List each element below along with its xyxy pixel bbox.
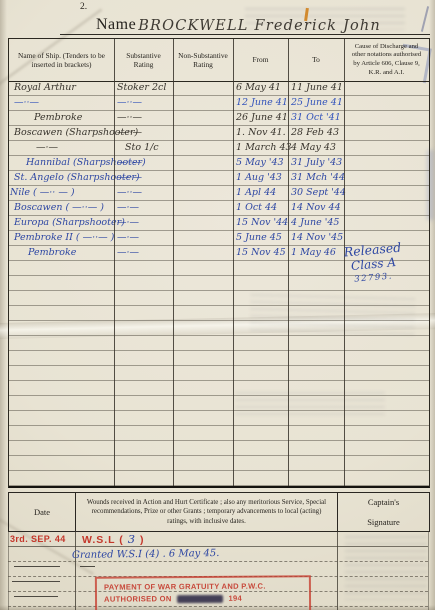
rating-cell: —··— — [117, 126, 172, 141]
from-cell: 1. Nov 41. — [236, 126, 288, 141]
signature-label: Signature — [367, 517, 400, 527]
ship-cell: Boscawen ( —··— ) — [14, 201, 114, 216]
rating-cell: —·— — [117, 216, 172, 231]
column-divider — [288, 39, 289, 486]
ship-cell: Boscawen (Sharpshooter) — [14, 126, 114, 141]
table-row: —·— Sto 1/c 1 March 43 4 May 43 — [9, 141, 429, 156]
wsl-stamp: W.S.L ( 3 ) — [82, 532, 144, 546]
ship-cell: —··— — [14, 96, 114, 111]
rating-cell: Sto 1/c — [117, 141, 180, 156]
ship-cell: Pembroke II ( —··— ) — [14, 231, 114, 246]
header-from: From — [233, 39, 288, 81]
ship-cell: Hannibal (Sharpshooter) — [14, 156, 126, 171]
column-divider — [337, 531, 338, 610]
from-cell: 1 Aug '43 — [236, 171, 288, 186]
header-captains-signature: Captain's Signature — [338, 493, 429, 531]
from-cell: 1 March 43 — [236, 141, 288, 156]
column-divider — [233, 39, 234, 486]
to-cell: 14 Nov 44 — [291, 201, 347, 216]
column-divider — [114, 39, 115, 486]
rating-cell: —·— — [117, 246, 172, 261]
column-divider — [75, 531, 76, 610]
name-label: Name — [96, 16, 136, 34]
column-divider — [428, 531, 429, 610]
name-value-handwritten: BROCKWELL Frederick John — [138, 18, 381, 34]
from-cell: 1 Apl 44 — [236, 186, 288, 201]
captains-label: Captain's — [368, 497, 399, 507]
header-to: To — [288, 39, 344, 81]
date-stamp: 3rd. SEP. 44 — [10, 534, 66, 544]
header-non-substantive-rating: Non-Substantive Rating — [173, 39, 233, 81]
table-row: Europa (Sharpshooter) —·— 15 Nov '44 4 J… — [9, 216, 429, 231]
service-record-page: 2. Name BROCKWELL Frederick John Name of… — [0, 0, 435, 610]
column-divider — [173, 39, 174, 486]
to-cell: 11 June 41 — [291, 81, 347, 96]
table-row: —··— —··— 12 June 41 25 June 41 — [9, 96, 429, 111]
wsl-prefix: W.S.L ( — [82, 534, 124, 546]
rating-cell: —··— — [117, 111, 172, 126]
table-row: Pembroke —··— 26 June 41 31 Oct '41 — [9, 111, 429, 126]
table-row: Boscawen ( —··— ) —·— 1 Oct 44 14 Nov 44 — [9, 201, 429, 216]
ship-cell: Pembroke — [14, 111, 134, 126]
ruled-line — [8, 546, 428, 547]
from-cell: 26 June 41 — [236, 111, 288, 126]
header-notes-text: Wounds received in Action and Hurt Certi… — [76, 493, 338, 531]
rating-cell: —··— — [117, 171, 172, 186]
table-header-row: Name of Ship. (Tenders to be inserted in… — [9, 39, 429, 82]
ship-cell: Nile ( —·· — ) — [10, 186, 110, 201]
payment-gratuity-stamp: PAYMENT OF WAR GRATUITY AND P.W.C. AUTHO… — [95, 575, 311, 610]
to-cell: 31 Mch '44 — [291, 171, 347, 186]
rating-cell: —··— — [117, 156, 172, 171]
rating-cell: —·— — [117, 201, 172, 216]
table-row: Nile ( —·· — ) —··— 1 Apl 44 30 Sept '44 — [9, 186, 429, 201]
rating-cell: —·— — [117, 231, 172, 246]
from-cell: 1 Oct 44 — [236, 201, 288, 216]
ink-smudge — [177, 595, 223, 603]
header-substantive-rating: Substantive Rating — [114, 39, 173, 81]
ship-cell: St. Angelo (Sharpshooter) — [14, 171, 114, 186]
to-cell: 14 Nov '45 — [291, 231, 347, 246]
to-cell: 4 June '45 — [291, 216, 347, 231]
from-cell: 6 May 41 — [236, 81, 288, 96]
header-ship: Name of Ship. (Tenders to be inserted in… — [9, 39, 114, 81]
dash-mark — [14, 566, 60, 567]
ruled-line — [8, 561, 428, 562]
ship-cell: Pembroke — [14, 246, 128, 261]
ship-cell: Europa (Sharpshooter) — [14, 216, 114, 231]
ship-cell: Royal Arthur — [14, 81, 114, 96]
rating-cell: —··— — [117, 186, 172, 201]
dash-mark — [12, 581, 60, 582]
release-note-handwritten: Released Class A 32793. — [343, 241, 404, 288]
to-cell: 1 May 46 — [291, 246, 347, 261]
table-row: Royal Arthur Stoker 2cl 6 May 41 11 June… — [9, 81, 429, 96]
to-cell: 28 Feb 43 — [291, 126, 347, 141]
to-cell: 30 Sept '44 — [291, 186, 347, 201]
notes-header-box: Date Wounds received in Action and Hurt … — [8, 492, 430, 532]
to-cell: 31 Oct '41 — [291, 111, 347, 126]
header-date: Date — [9, 493, 76, 531]
name-line: Name BROCKWELL Frederick John — [60, 8, 430, 35]
header-cause-of-discharge: Cause of Discharge and other notations a… — [344, 39, 429, 81]
from-cell: 15 Nov '44 — [236, 216, 288, 231]
from-cell: 5 May '43 — [236, 156, 288, 171]
dash-mark — [80, 566, 95, 567]
from-cell: 5 June 45 — [236, 231, 288, 246]
from-cell: 15 Nov 45 — [236, 246, 288, 261]
dash-mark — [14, 596, 58, 597]
from-cell: 12 June 41 — [236, 96, 288, 111]
year-placeholder: 194 — [228, 594, 242, 603]
rating-cell: —··— — [117, 96, 172, 111]
to-cell: 4 May 43 — [291, 141, 347, 156]
wsl-value-handwritten: 3 — [128, 532, 136, 546]
table-row: St. Angelo (Sharpshooter) —··— 1 Aug '43… — [9, 171, 429, 186]
rating-cell: Stoker 2cl — [117, 81, 172, 96]
table-row: Boscawen (Sharpshooter) —··— 1. Nov 41. … — [9, 126, 429, 141]
column-divider — [8, 531, 9, 610]
to-cell: 31 July '43 — [291, 156, 347, 171]
authorised-on-label: AUTHORISED ON — [104, 594, 172, 603]
payment-stamp-line2: AUTHORISED ON 194 — [104, 592, 302, 606]
granted-note-handwritten: Granted W.S.I (4) . 6 May 45. — [72, 548, 220, 561]
wsl-suffix: ) — [140, 534, 145, 546]
table-row: Hannibal (Sharpshooter) —··— 5 May '43 3… — [9, 156, 429, 171]
to-cell: 25 June 41 — [291, 96, 347, 111]
